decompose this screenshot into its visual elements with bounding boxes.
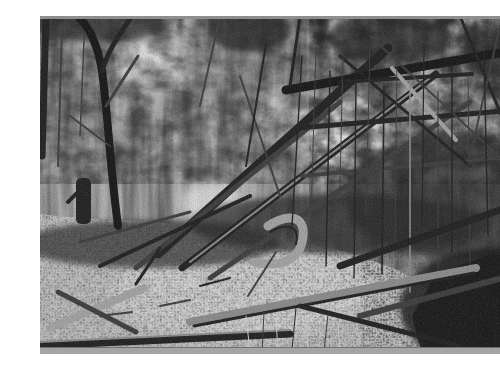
photo-frame: Black-and-white photograph of a dense ta… — [40, 16, 500, 354]
photo-border-top — [40, 16, 500, 19]
film-grain-light — [40, 16, 500, 354]
forest-photo: Black-and-white photograph of a dense ta… — [40, 16, 500, 354]
photo-border-bottom — [40, 348, 500, 354]
photo-border-divider — [40, 347, 500, 348]
